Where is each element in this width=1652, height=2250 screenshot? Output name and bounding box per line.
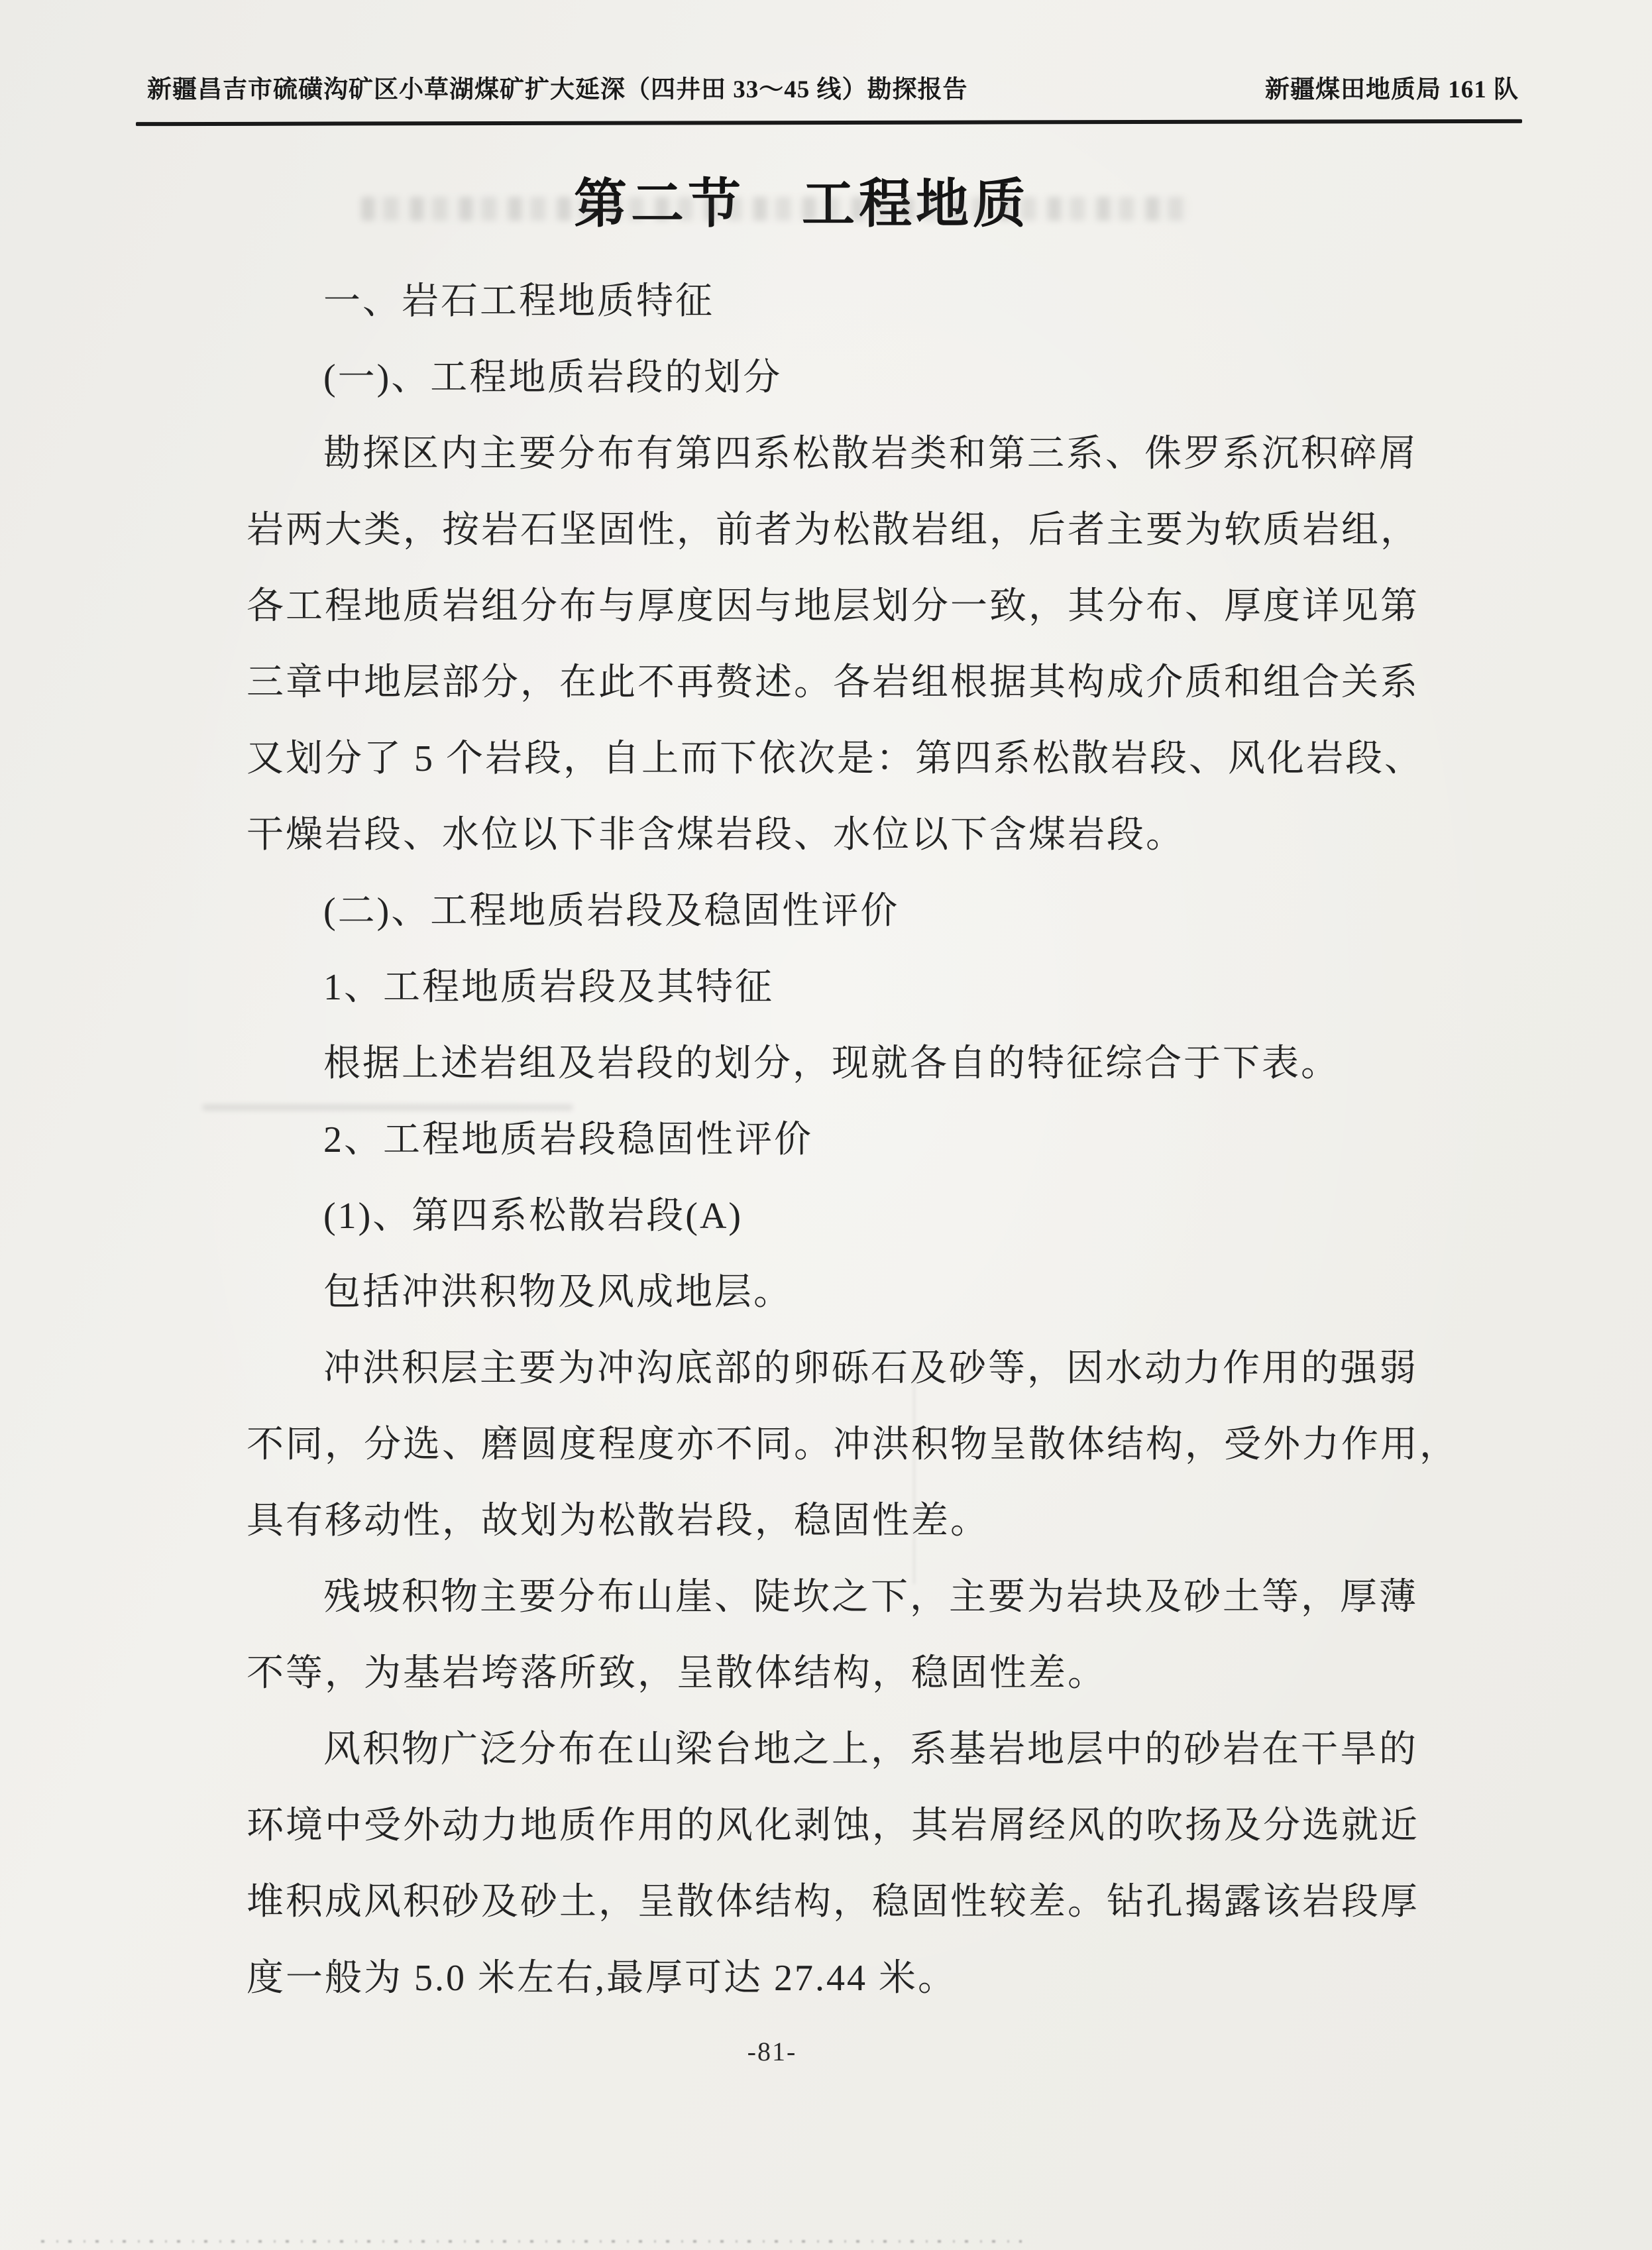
body-line: 2、工程地质岩段稳固性评价 bbox=[247, 1102, 1446, 1178]
body-line: 环境中受外动力地质作用的风化剥蚀，其岩屑经风的吹扬及分选就近 bbox=[247, 1788, 1446, 1864]
body-line: (二)、工程地质岩段及稳固性评价 bbox=[247, 873, 1446, 950]
body-line: 不同，分选、磨圆度程度亦不同。冲洪积物呈散体结构，受外力作用， bbox=[247, 1407, 1446, 1483]
body-line: 具有移动性，故划为松散岩段，稳固性差。 bbox=[247, 1483, 1446, 1559]
body-line: 残坡积物主要分布山崖、陡坎之下，主要为岩块及砂土等，厚薄 bbox=[247, 1559, 1446, 1636]
body-line: 各工程地质岩组分布与厚度因与地层划分一致，其分布、厚度详见第 bbox=[247, 569, 1446, 645]
body-line: 根据上述岩组及岩段的划分，现就各自的特征综合于下表。 bbox=[247, 1026, 1446, 1102]
header-report-title: 新疆昌吉市硫磺沟矿区小草湖煤矿扩大延深（四井田 33～45 线）勘探报告 bbox=[147, 69, 968, 105]
body-line: 一、岩石工程地质特征 bbox=[247, 264, 1446, 340]
header-divider bbox=[136, 119, 1522, 126]
scanned-document-page: 新疆昌吉市硫磺沟矿区小草湖煤矿扩大延深（四井田 33～45 线）勘探报告 新疆煤… bbox=[0, 0, 1652, 2250]
body-line: 堆积成风积砂及砂土，呈散体结构，稳固性较差。钻孔揭露该岩段厚 bbox=[247, 1864, 1446, 1941]
page-header: 新疆昌吉市硫磺沟矿区小草湖煤矿扩大延深（四井田 33～45 线）勘探报告 新疆煤… bbox=[147, 69, 1519, 105]
body-line: 冲洪积层主要为冲沟底部的卵砾石及砂等，因水动力作用的强弱 bbox=[247, 1331, 1446, 1407]
body-line: 三章中地层部分，在此不再赘述。各岩组根据其构成介质和组合关系 bbox=[247, 645, 1446, 721]
document-body: 一、岩石工程地质特征(一)、工程地质岩段的划分勘探区内主要分布有第四系松散岩类和… bbox=[247, 264, 1446, 2017]
body-line: 又划分了 5 个岩段，自上而下依次是：第四系松散岩段、风化岩段、 bbox=[247, 721, 1446, 797]
body-line: 包括冲洪积物及风成地层。 bbox=[247, 1255, 1446, 1331]
body-line: 勘探区内主要分布有第四系松散岩类和第三系、侏罗系沉积碎屑 bbox=[247, 416, 1446, 492]
scan-specks-artifact bbox=[41, 2240, 1022, 2243]
body-line: 度一般为 5.0 米左右,最厚可达 27.44 米。 bbox=[247, 1941, 1446, 2017]
body-line: 干燥岩段、水位以下非含煤岩段、水位以下含煤岩段。 bbox=[247, 797, 1446, 873]
page-number: -81- bbox=[0, 2036, 1544, 2067]
body-line: (1)、第四系松散岩段(A) bbox=[247, 1178, 1446, 1255]
bleed-through-artifact bbox=[361, 197, 1189, 221]
body-line: 不等，为基岩垮落所致，呈散体结构，稳固性差。 bbox=[247, 1636, 1446, 1712]
body-line: 1、工程地质岩段及其特征 bbox=[247, 950, 1446, 1026]
body-line: 岩两大类，按岩石坚固性，前者为松散岩组，后者主要为软质岩组， bbox=[247, 492, 1446, 569]
body-line: 风积物广泛分布在山梁台地之上，系基岩地层中的砂岩在干旱的 bbox=[247, 1712, 1446, 1788]
header-organization: 新疆煤田地质局 161 队 bbox=[1265, 69, 1519, 105]
body-line: (一)、工程地质岩段的划分 bbox=[247, 340, 1446, 416]
